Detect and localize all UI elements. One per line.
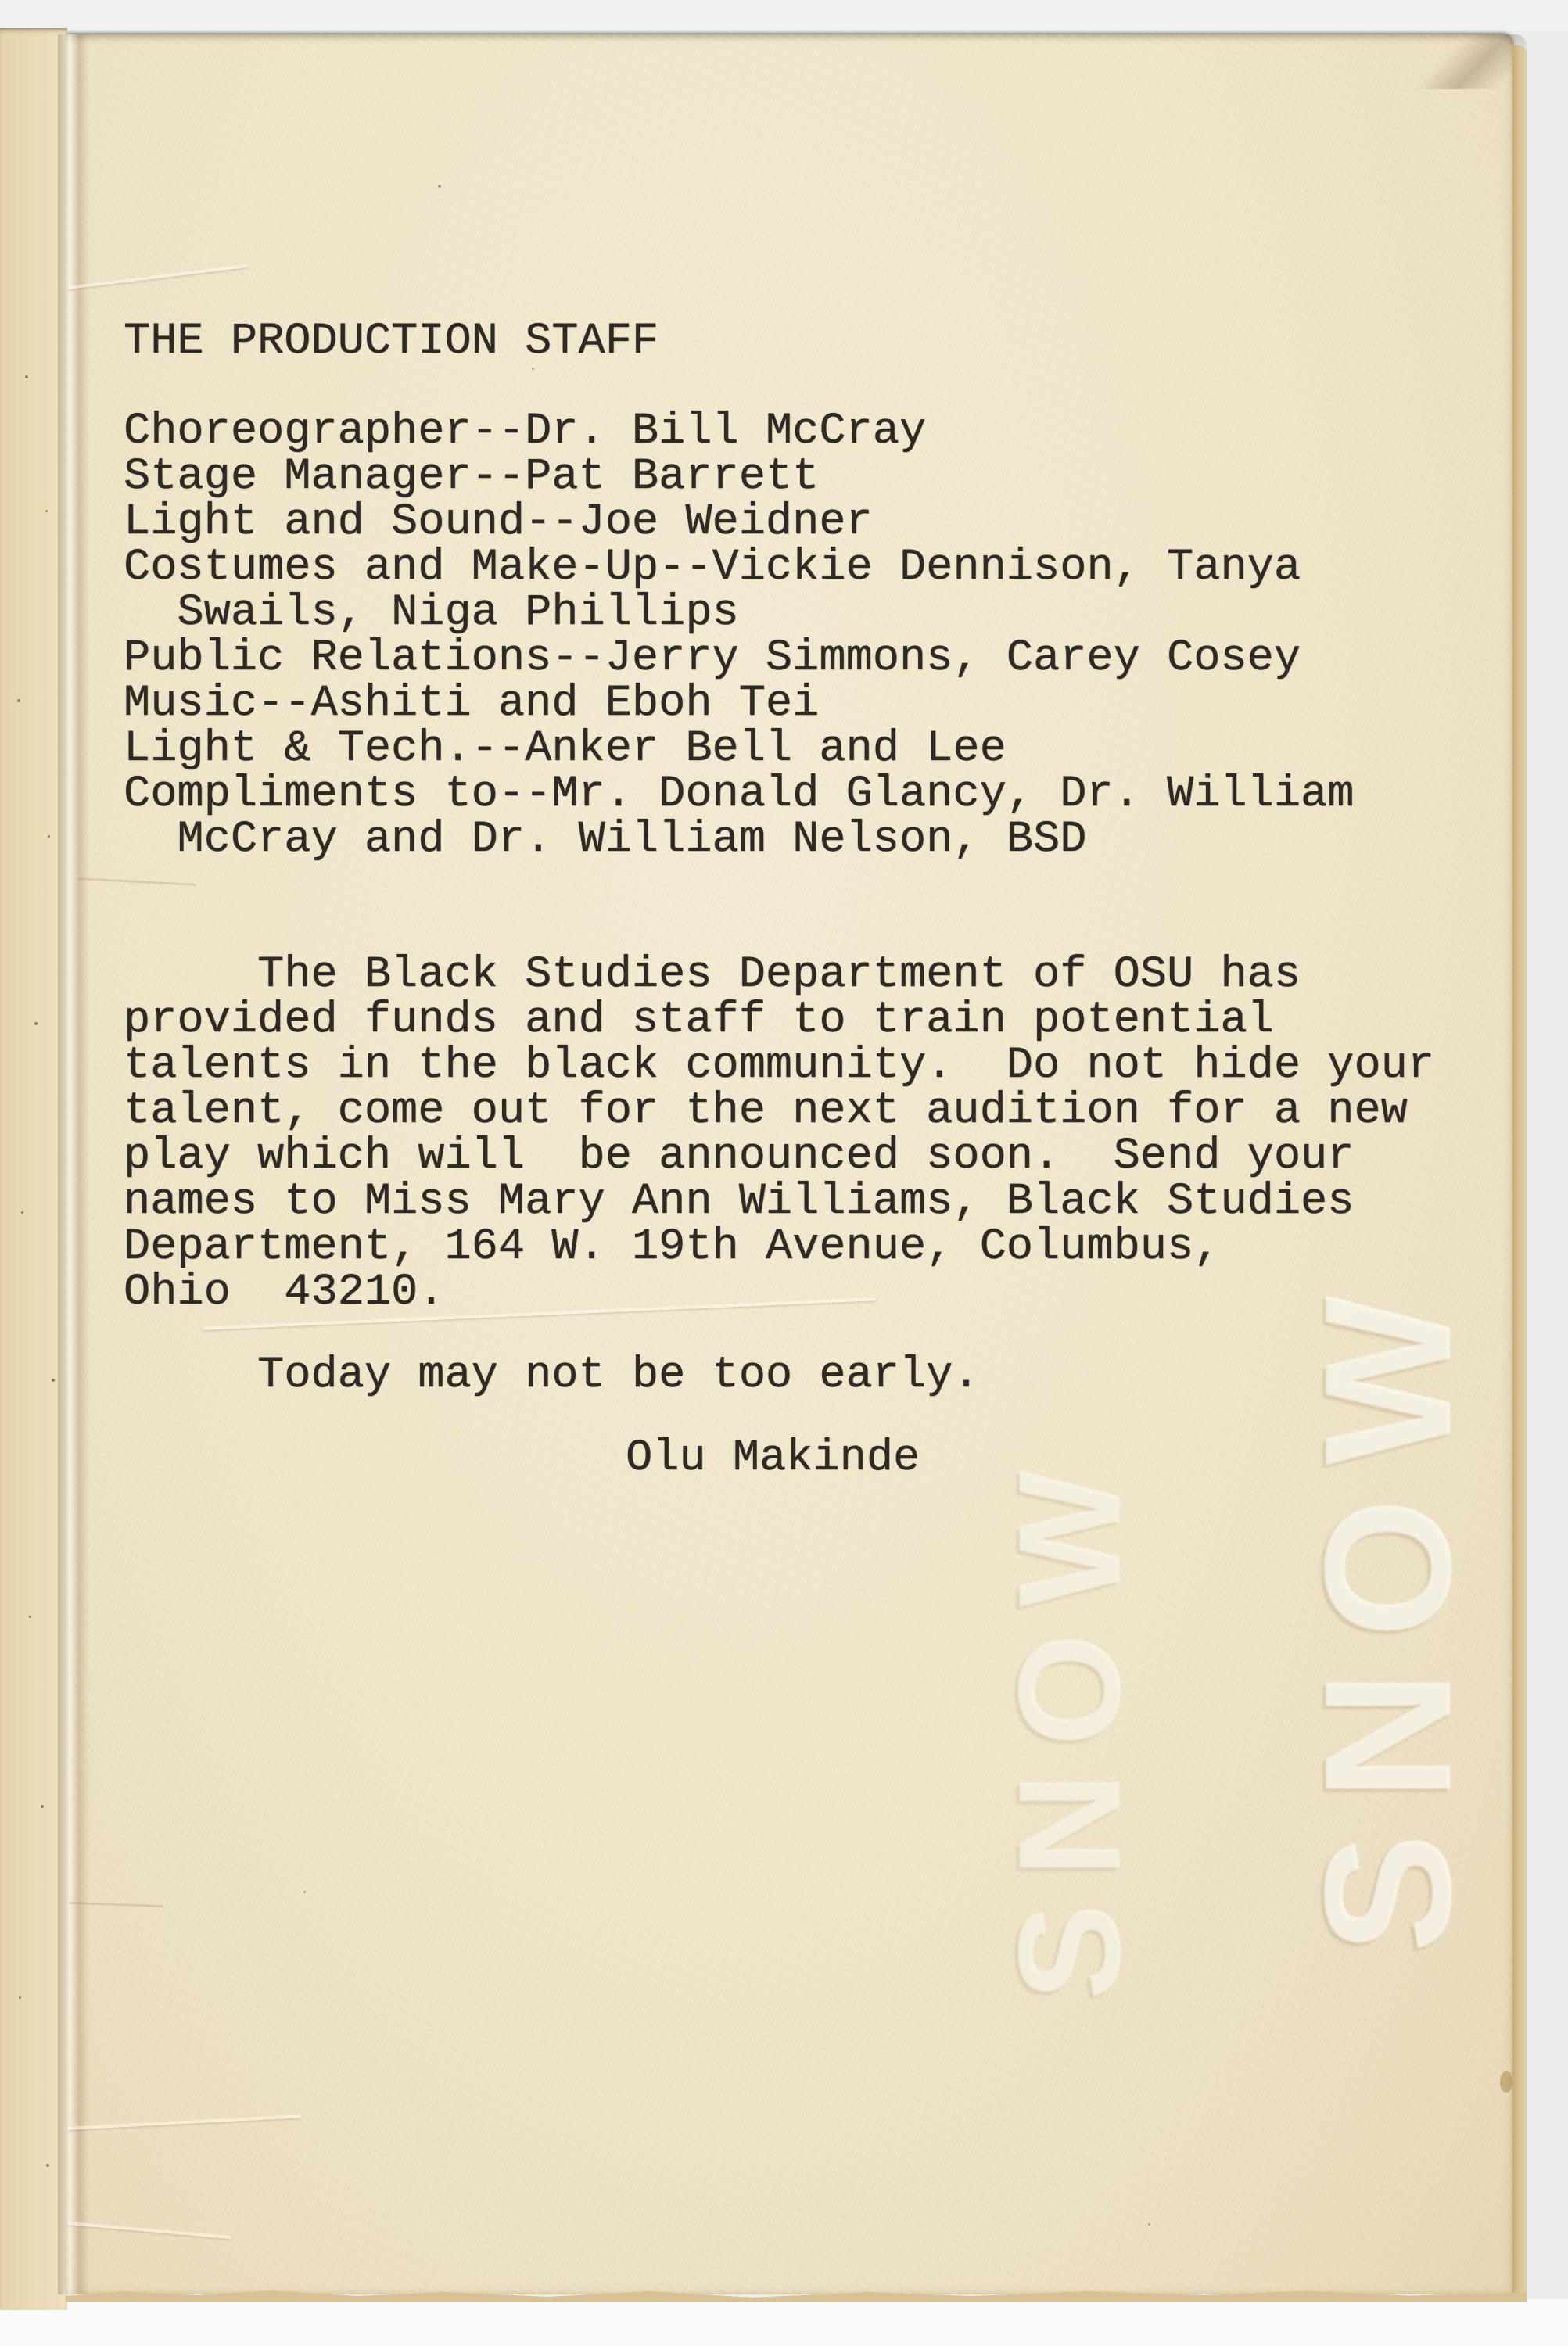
text-line: play which will be announced soon. Send …: [124, 1134, 1434, 1179]
dust-speck: [25, 375, 28, 378]
text-line: talent, come out for the next audition f…: [124, 1089, 1434, 1134]
page-edge-right: [1512, 45, 1527, 2294]
text-line: Choreographer--Dr. Bill McCray: [124, 409, 1354, 454]
text-line: Music--Ashiti and Eboh Tei: [124, 681, 1354, 726]
fold-crease: [58, 34, 89, 2294]
dust-speck: [19, 1996, 21, 1999]
text-line: Light & Tech.--Anker Bell and Lee: [124, 726, 1354, 772]
staff-list: Choreographer--Dr. Bill McCrayStage Mana…: [124, 409, 1354, 863]
scanner-background-top: [0, 0, 1568, 31]
text-line: Costumes and Make-Up--Vickie Dennison, T…: [124, 545, 1354, 590]
text-line: Department, 164 W. 19th Avenue, Columbus…: [124, 1225, 1434, 1270]
text-line: The Black Studies Department of OSU has: [124, 952, 1434, 998]
dust-speck: [17, 699, 20, 702]
text-line: Compliments to--Mr. Donald Glancy, Dr. W…: [124, 772, 1354, 817]
dust-speck: [1148, 2223, 1150, 2226]
page-corner-shadow: [1392, 34, 1527, 89]
text-line: Swails, Niga Phillips: [124, 590, 1354, 636]
dust-speck: [34, 1022, 38, 1025]
text-line: McCray and Dr. William Nelson, BSD: [124, 817, 1354, 863]
text-line: Stage Manager--Pat Barrett: [124, 454, 1354, 500]
dust-speck: [41, 1805, 44, 1808]
text-line: talents in the black community. Do not h…: [124, 1043, 1434, 1089]
paragraph: The Black Studies Department of OSU hasp…: [124, 952, 1434, 1315]
dust-speck: [29, 1616, 31, 1618]
page-title: THE PRODUCTION STAFF: [124, 319, 658, 364]
signature: Olu Makinde: [626, 1436, 920, 1481]
dust-speck: [46, 2164, 49, 2167]
closing-line: Today may not be too early.: [124, 1353, 980, 1398]
dust-speck: [303, 1891, 306, 1893]
stain: [1500, 2071, 1512, 2093]
dust-speck: [52, 1379, 55, 1382]
dust-speck: [48, 835, 50, 838]
scanner-background-bottom: [0, 2299, 1568, 2346]
text-line: provided funds and staff to train potent…: [124, 998, 1434, 1043]
text-line: Public Relations--Jerry Simmons, Carey C…: [124, 636, 1354, 681]
text-line: names to Miss Mary Ann Williams, Black S…: [124, 1179, 1434, 1225]
dust-speck: [45, 510, 48, 512]
dust-speck: [532, 368, 534, 370]
dust-speck: [438, 185, 441, 188]
dust-speck: [21, 1211, 23, 1214]
text-line: Ohio 43210.: [124, 1270, 1434, 1315]
text-line: Light and Sound--Joe Weidner: [124, 500, 1354, 545]
